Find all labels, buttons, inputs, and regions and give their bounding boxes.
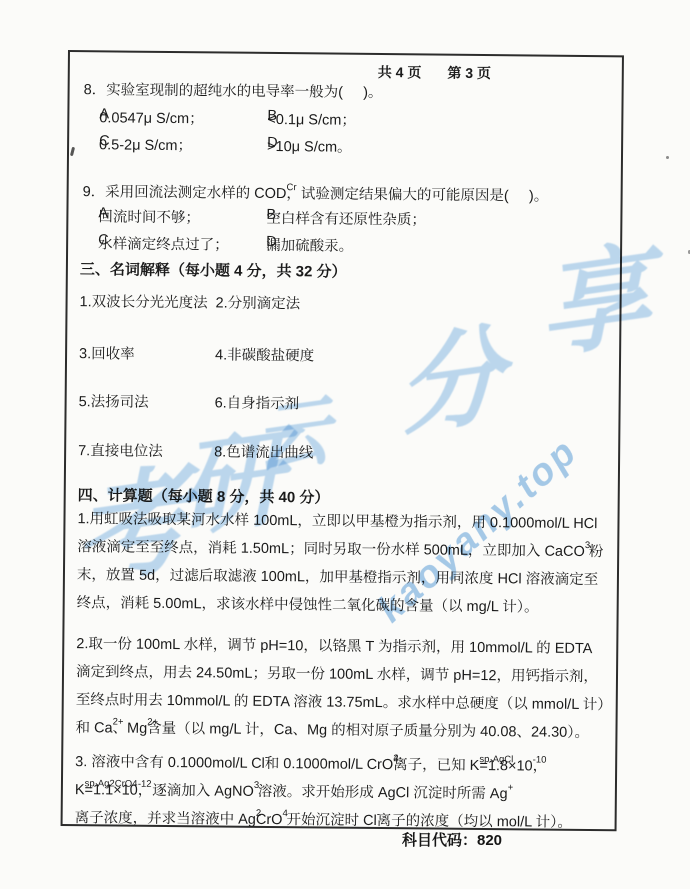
calc-problem-1-line-1: 1.用虹吸法吸取某河水水样 100mL，立即以甲基橙为指示剂，用 0.1000m…	[77, 507, 597, 533]
option-text: >10μ S/cm。	[267, 135, 352, 157]
calc-problem-2-line-2: 滴定到终点，用去 24.50mL；另取一份 100mL 水样，调节 pH=12，…	[76, 660, 598, 686]
calc-problem-1-line-3: 末，放置 5d，过滤后取滤液 100mL，加甲基橙指示剂，用同浓度 HCl 溶液…	[77, 563, 598, 589]
calc-problem-3-line-3: 离子浓度，并求当溶液中 Ag2CrO4 开始沉淀时 Cl-离子的浓度（均以 mo…	[75, 806, 573, 832]
current-page-label: 第 3 页	[447, 63, 491, 83]
scan-artifact	[666, 156, 669, 159]
subject-code: 科目代码：820	[402, 829, 502, 850]
question-8-option-c: C 0.5-2μ S/cm；	[99, 133, 267, 151]
question-9-option-b: B 空白样含有还原性杂质；	[266, 207, 276, 223]
terms-row-3: 5.法扬司法 6.自身指示剂	[79, 390, 300, 413]
calc-problem-1-line-4: 终点，消耗 5.00mL，求该水样中侵蚀性二氧化碳的含量（以 mg/L 计）。	[77, 591, 539, 616]
question-8-options-row-2: C 0.5-2μ S/cm； D >10μ S/cm。	[99, 133, 278, 151]
question-8-options-row-1: A 0.0547μ S/cm； B <0.1μ S/cm；	[99, 106, 277, 124]
calc-problem-2-line-3: 至终点时用去 10mmol/L 的 EDTA 溶液 13.75mL。求水样中总硬…	[76, 688, 612, 714]
question-8-stem: 8．实验室现制的超纯水的电导率一般为( )。	[84, 78, 383, 102]
scanned-exam-page: { "meta": { "page_info": { "total": "共 4…	[0, 0, 690, 889]
question-9-options-row-2: C 水样滴定终点过了； D 漏加硫酸汞。	[98, 232, 277, 250]
term-item: 6.自身指示剂	[215, 391, 300, 413]
calc-problem-3-line-1: 3. 溶液中含有 0.1000mol/L Cl-和 0.1000mol/L Cr…	[75, 750, 547, 776]
terms-row-1: 1.双波长分光光度法 2.分别滴定法	[79, 290, 300, 313]
term-item: 8.色谱流出曲线	[214, 440, 313, 462]
section-4-title: 四、计算题（每小题 8 分，共 40 分）	[78, 484, 330, 507]
question-9-option-c: C 水样滴定终点过了；	[98, 232, 266, 250]
term-item: 7.直接电位法	[78, 439, 214, 461]
term-item: 5.法扬司法	[79, 390, 215, 412]
term-item: 2.分别滴定法	[215, 291, 300, 313]
question-8-option-a: A 0.0547μ S/cm；	[99, 106, 267, 124]
term-item: 4.非碳酸盐硬度	[215, 343, 314, 365]
question-9-stem: 9．采用回流法测定水样的 CODCr，试验测定结果偏大的可能原因是( )。	[83, 180, 549, 205]
page-indicator: 共 4 页 第 3 页	[378, 62, 491, 83]
question-9-options-row-1: A 回流时间不够； B 空白样含有还原性杂质；	[98, 205, 276, 223]
option-text: 回流时间不够；	[98, 205, 200, 227]
calc-problem-3-line-2: Ksp·Ag2CrO4=1.1×10-12，逐滴加入 AgNO3 溶液。求开始形…	[75, 778, 508, 803]
section-3-title: 三、名词解释（每小题 4 分，共 32 分）	[80, 258, 347, 282]
option-text: 漏加硫酸汞。	[266, 234, 353, 256]
calc-problem-2-line-1: 2.取一份 100mL 水样，调节 pH=10，以铬黑 T 为指示剂，用 10m…	[76, 632, 592, 658]
question-8-option-b: B <0.1μ S/cm；	[267, 108, 277, 124]
question-8-option-d: D >10μ S/cm。	[267, 135, 278, 151]
option-text: 0.5-2μ S/cm；	[99, 133, 192, 155]
option-text: 水样滴定终点过了；	[98, 232, 229, 254]
term-item: 1.双波长分光光度法	[79, 290, 215, 312]
term-item: 3.回收率	[79, 342, 215, 364]
question-9-option-a: A 回流时间不够；	[98, 205, 266, 223]
calc-problem-1-line-2: 溶液滴定至至终点，消耗 1.50mL；同时另取一份水样 500mL，立即加入 C…	[77, 535, 603, 561]
calc-problem-2-line-4: 和 Ca2+、Mg2+含量（以 mg/L 计，Ca、Mg 的相对原子质量分别为 …	[75, 716, 589, 742]
exam-page-frame: 共 4 页 第 3 页 8．实验室现制的超纯水的电导率一般为( )。 A 0.0…	[61, 50, 624, 831]
terms-row-2: 3.回收率 4.非碳酸盐硬度	[79, 342, 314, 365]
option-text: <0.1μ S/cm；	[267, 108, 356, 130]
question-9-option-d: D 漏加硫酸汞。	[266, 234, 277, 250]
total-pages-label: 共 4 页	[378, 62, 422, 82]
terms-row-4: 7.直接电位法 8.色谱流出曲线	[78, 439, 313, 462]
option-text: 0.0547μ S/cm；	[99, 106, 203, 128]
option-text: 空白样含有还原性杂质；	[266, 207, 426, 230]
